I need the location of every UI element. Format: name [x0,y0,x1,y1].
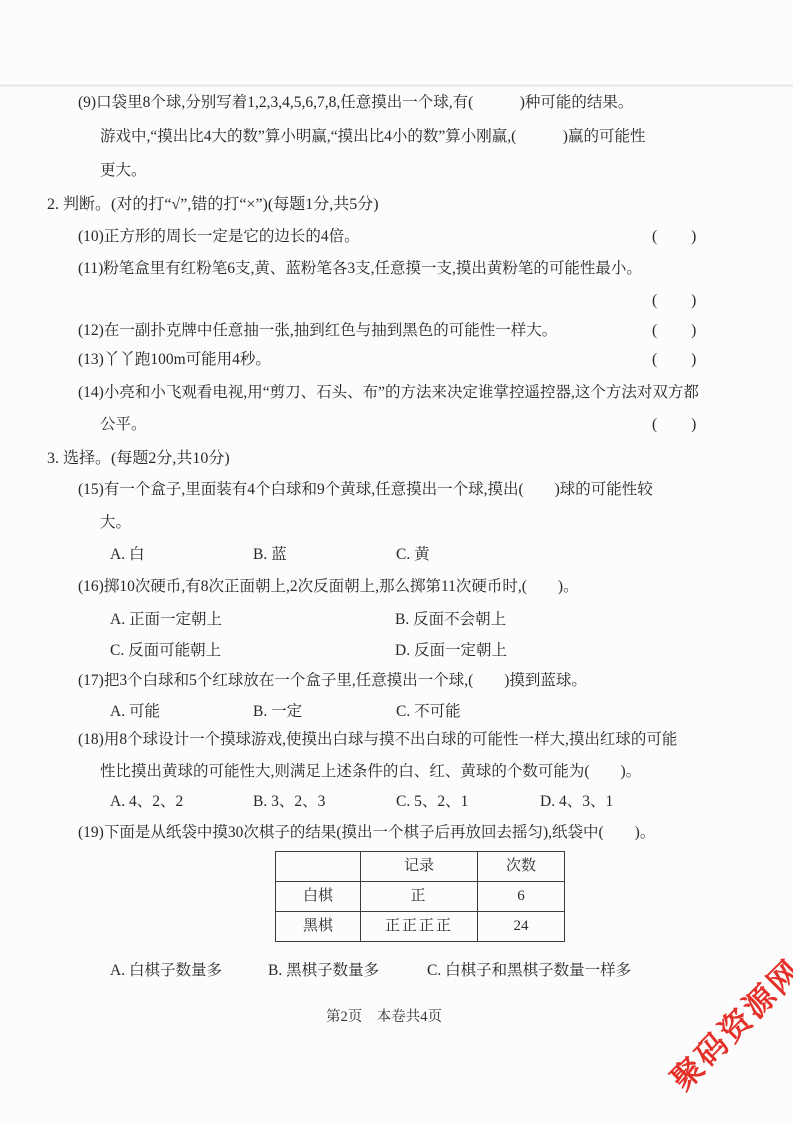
choice-18-option-c: C. 5、2、1 [396,792,468,813]
answer-blank-11: ( ) [652,291,697,312]
table-header-empty [276,852,361,882]
section-3-heading: 3. 选择。(每题2分,共10分) [47,448,230,470]
question-15-line-2: 大。 [100,513,131,534]
choice-19-option-c: C. 白棋子和黑棋子数量一样多 [427,961,631,982]
answer-blank-14: ( ) [652,415,697,436]
question-15-line-1: (15)有一个盒子,里面装有4个白球和9个黄球,任意摸出一个球,摸出( )球的可… [78,480,653,501]
page-footer: 第2页 本卷共4页 [0,1008,768,1028]
section-2-heading: 2. 判断。(对的打“√”,错的打“×”)(每题1分,共5分) [47,194,379,216]
table-header-count: 次数 [478,852,565,882]
choice-15-option-c: C. 黄 [396,545,430,566]
choice-17-option-a: A. 可能 [110,702,160,723]
white-piece-count: 6 [478,882,565,912]
answer-blank-13: ( ) [652,350,697,371]
answer-blank-12: ( ) [652,321,697,342]
choice-16-option-c: C. 反面可能朝上 [110,641,221,662]
test-paper-page: (9)口袋里8个球,分别写着1,2,3,4,5,6,7,8,任意摸出一个球,有(… [0,0,793,1122]
choice-18-option-b: B. 3、2、3 [253,792,325,813]
table-row-white: 白棋 正 6 [276,882,565,912]
question-19-text: (19)下面是从纸袋中摸30次棋子的结果(摸出一个棋子后再放回去摇匀),纸袋中(… [78,823,655,844]
choice-18-option-d: D. 4、3、1 [540,792,613,813]
question-9-line-1: (9)口袋里8个球,分别写着1,2,3,4,5,6,7,8,任意摸出一个球,有(… [78,93,633,114]
judgment-item-14-line-1: (14)小亮和小飞观看电视,用“剪刀、石头、布”的方法来决定谁掌控遥控器,这个方… [78,383,699,404]
choice-17-option-c: C. 不可能 [396,702,461,723]
choice-19-option-b: B. 黑棋子数量多 [268,961,379,982]
white-piece-label: 白棋 [276,882,361,912]
judgment-item-13-text: (13)丫丫跑100m可能用4秒。 [78,350,271,371]
black-piece-record: 正正正正 [361,912,478,942]
black-piece-label: 黑棋 [276,912,361,942]
choice-16-option-d: D. 反面一定朝上 [395,641,507,662]
choice-19-option-a: A. 白棋子数量多 [110,961,222,982]
choice-18-option-a: A. 4、2、2 [110,792,183,813]
table-header-row: 记录 次数 [276,852,565,882]
black-piece-count: 24 [478,912,565,942]
choice-17-option-b: B. 一定 [253,702,302,723]
scan-artifact-line [0,84,793,87]
choice-15-option-b: B. 蓝 [253,545,287,566]
table-header-record: 记录 [361,852,478,882]
judgment-item-11-text: (11)粉笔盒里有红粉笔6支,黄、蓝粉笔各3支,任意摸一支,摸出黄粉笔的可能性最… [78,259,642,280]
judgment-item-10-text: (10)正方形的周长一定是它的边长的4倍。 [78,227,360,248]
choice-16-option-a: A. 正面一定朝上 [110,610,222,631]
question-9-line-2: 游戏中,“摸出比4大的数”算小明赢,“摸出比4小的数”算小刚赢,( )赢的可能性 [100,127,645,148]
question-18-line-1: (18)用8个球设计一个摸球游戏,使摸出白球与摸不出白球的可能性一样大,摸出红球… [78,730,677,751]
answer-blank-10: ( ) [652,227,697,248]
choice-15-option-a: A. 白 [110,545,144,566]
table-row-black: 黑棋 正正正正 24 [276,912,565,942]
question-16-text: (16)掷10次硬币,有8次正面朝上,2次反面朝上,那么掷第11次硬币时,( )… [78,577,579,598]
tally-results-table: 记录 次数 白棋 正 6 黑棋 正正正正 24 [275,851,565,942]
question-17-text: (17)把3个白球和5个红球放在一个盒子里,任意摸出一个球,( )摸到蓝球。 [78,671,587,692]
question-18-line-2: 性比摸出黄球的可能性大,则满足上述条件的白、红、黄球的个数可能为( )。 [100,762,641,783]
choice-16-option-b: B. 反面不会朝上 [395,610,506,631]
judgment-item-14-line-2: 公平。 [100,415,147,436]
white-piece-record: 正 [361,882,478,912]
question-9-line-3: 更大。 [100,161,147,182]
judgment-item-12-text: (12)在一副扑克牌中任意抽一张,抽到红色与抽到黑色的可能性一样大。 [78,321,557,342]
